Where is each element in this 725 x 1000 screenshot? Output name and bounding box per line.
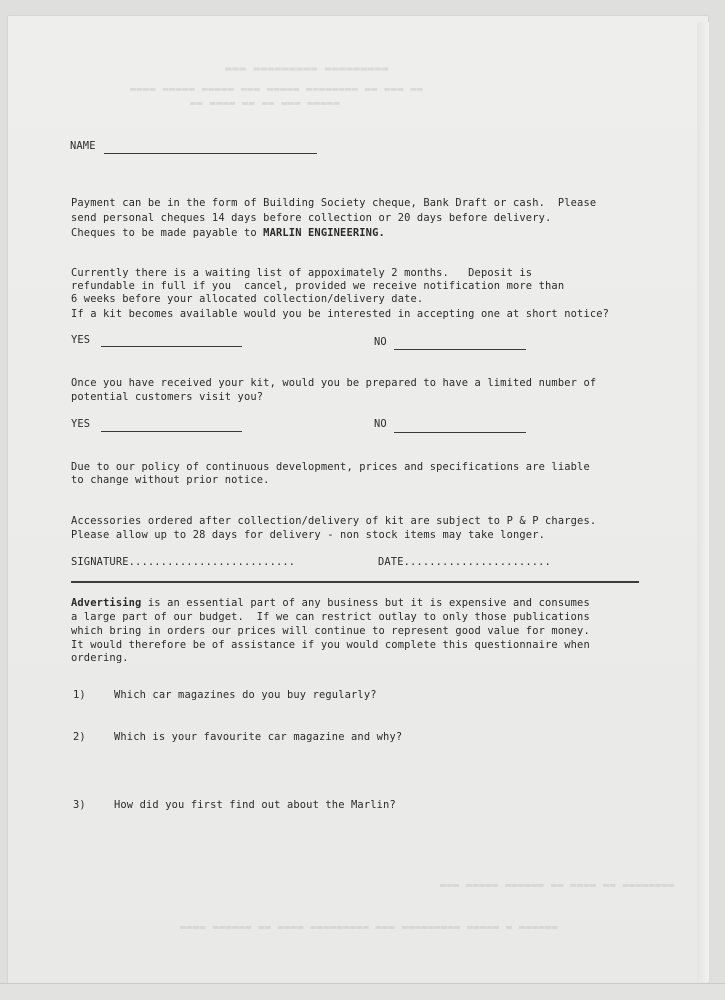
question-text: Which car magazines do you buy regularly…: [114, 689, 377, 702]
visit-yes-field[interactable]: [101, 431, 242, 432]
visit-no-label: NO: [374, 418, 387, 431]
questionnaire-intro-line: Advertising is an essential part of any …: [71, 597, 590, 610]
paper-sheet: [8, 16, 708, 986]
visit-no-field[interactable]: [394, 432, 526, 433]
payee-name: MARLIN ENGINEERING.: [263, 227, 385, 239]
paper-edge-bottom: [0, 983, 725, 1000]
payment-text-line: Payment can be in the form of Building S…: [71, 197, 596, 210]
visit-question-line: potential customers visit you?: [71, 391, 263, 404]
section-divider: [71, 581, 639, 583]
question-number: 1): [73, 689, 86, 702]
waiting-list-text-line: refundable in full if you cancel, provid…: [71, 280, 564, 293]
questionnaire-intro-line: It would therefore be of assistance if y…: [71, 639, 590, 652]
paper-edge: [697, 22, 709, 982]
visit-yes-label: YES: [71, 418, 90, 431]
questionnaire-intro-line: a large part of our budget. If we can re…: [71, 611, 590, 624]
question-number: 2): [73, 731, 86, 744]
question-number: 3): [73, 799, 86, 812]
name-label: NAME: [70, 140, 96, 153]
questionnaire-intro-line: ordering.: [71, 652, 129, 665]
accessories-text-line: Accessories ordered after collection/del…: [71, 515, 596, 528]
question-text: How did you first find out about the Mar…: [114, 799, 396, 812]
waiting-list-text-line: 6 weeks before your allocated collection…: [71, 293, 423, 306]
advertising-heading: Advertising: [71, 597, 141, 609]
payment-text-line: Cheques to be made payable to MARLIN ENG…: [71, 227, 385, 240]
policy-text-line: Due to our policy of continuous developm…: [71, 461, 590, 474]
policy-text-line: to change without prior notice.: [71, 474, 270, 487]
short-notice-no-field[interactable]: [394, 349, 526, 350]
short-notice-no-label: NO: [374, 336, 387, 349]
intro-text: is an essential part of any business but…: [141, 597, 589, 609]
visit-question-line: Once you have received your kit, would y…: [71, 377, 596, 390]
question-text: Which is your favourite car magazine and…: [114, 731, 402, 744]
payable-to-text: Cheques to be made payable to: [71, 227, 263, 239]
short-notice-yes-field[interactable]: [101, 346, 242, 347]
payment-text-line: send personal cheques 14 days before col…: [71, 212, 551, 225]
accessories-text-line: Please allow up to 28 days for delivery …: [71, 529, 545, 542]
short-notice-question: If a kit becomes available would you be …: [71, 308, 609, 321]
date-field[interactable]: DATE.......................: [378, 556, 551, 569]
short-notice-yes-label: YES: [71, 334, 90, 347]
questionnaire-intro-line: which bring in orders our prices will co…: [71, 625, 590, 638]
waiting-list-text-line: Currently there is a waiting list of app…: [71, 267, 532, 280]
signature-field[interactable]: SIGNATURE..........................: [71, 556, 295, 569]
name-field[interactable]: [104, 153, 317, 154]
